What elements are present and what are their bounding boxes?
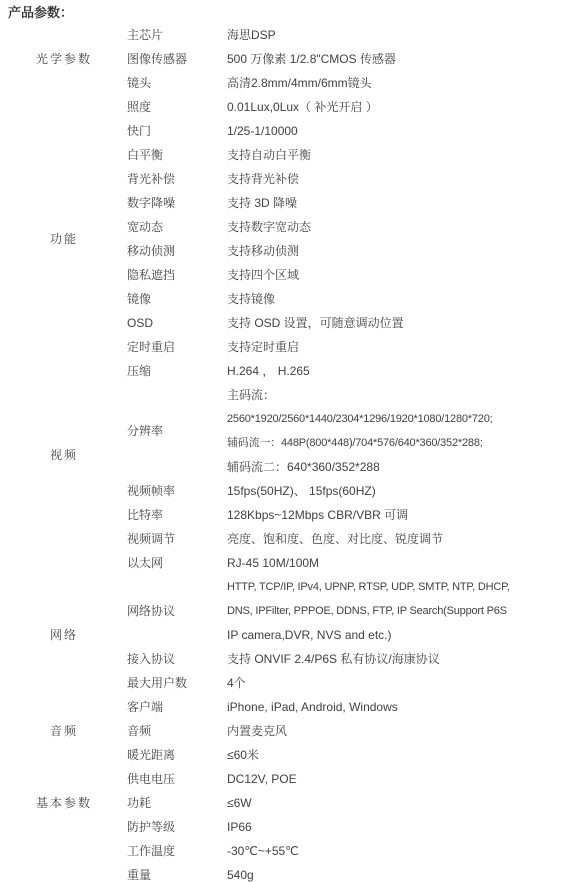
param-row: 重量540g	[0, 863, 562, 882]
value-line: 亮度、饱和度、色度、对比度、锐度调节	[227, 527, 443, 551]
param-label: 暖光距离	[127, 743, 227, 767]
param-row: 背光补偿支持背光补偿	[0, 167, 562, 191]
param-value: 支持 ONVIF 2.4/P6S 私有协议/海康协议	[227, 647, 440, 671]
param-label: 镜头	[127, 71, 227, 95]
value-line: HTTP, TCP/IP, IPv4, UPNP, RTSP, UDP, SMT…	[227, 575, 510, 599]
param-label: 镜像	[127, 287, 227, 311]
param-value: -30℃~+55℃	[227, 839, 299, 863]
param-row: 白平衡支持自动白平衡	[0, 143, 562, 167]
param-row: 比特率128Kbps~12Mbps CBR/VBR 可调	[0, 503, 562, 527]
param-label: 视频调节	[127, 527, 227, 551]
page-title: 产品参数：	[8, 1, 73, 25]
param-value: 亮度、饱和度、色度、对比度、锐度调节	[227, 527, 443, 551]
value-line: 0.01Lux,0Lux（ 补光开启 ）	[227, 95, 378, 119]
param-label: 视频帧率	[127, 479, 227, 503]
value-line: DC12V, POE	[227, 767, 297, 791]
value-line: iPhone, iPad, Android, Windows	[227, 695, 398, 719]
value-line: IP camera,DVR, NVS and etc.)	[227, 623, 510, 647]
value-line: 2560*1920/2560*1440/2304*1296/1920*1080/…	[227, 407, 492, 431]
param-label: 图像传感器	[127, 47, 227, 71]
param-row: 接入协议支持 ONVIF 2.4/P6S 私有协议/海康协议	[0, 647, 562, 671]
param-row: 压缩H.264 ， H.265	[0, 359, 562, 383]
param-row: 图像传感器500 万像素 1/2.8"CMOS 传感器	[0, 47, 562, 71]
param-value: 主码流：2560*1920/2560*1440/2304*1296/1920*1…	[227, 383, 492, 479]
param-label: 分辨率	[127, 419, 227, 443]
param-label: 重量	[127, 863, 227, 882]
param-row: 照度0.01Lux,0Lux（ 补光开启 ）	[0, 95, 562, 119]
param-label: 比特率	[127, 503, 227, 527]
param-label: 客户端	[127, 695, 227, 719]
value-line: 支持移动侦测	[227, 239, 299, 263]
value-line: 1/25-1/10000	[227, 119, 298, 143]
value-line: -30℃~+55℃	[227, 839, 299, 863]
param-row: 防护等级IP66	[0, 815, 562, 839]
param-value: ≤60米	[227, 743, 259, 767]
param-value: ≤6W	[227, 791, 252, 815]
value-line: 支持 3D 降噪	[227, 191, 297, 215]
value-line: 高清2.8mm/4mm/6mm镜头	[227, 71, 372, 95]
value-line: ≤6W	[227, 791, 252, 815]
param-label: 压缩	[127, 359, 227, 383]
value-line: 540g	[227, 863, 254, 882]
param-value: 0.01Lux,0Lux（ 补光开启 ）	[227, 95, 378, 119]
param-label: 快门	[127, 119, 227, 143]
param-value: RJ-45 10M/100M	[227, 551, 319, 575]
param-value: 支持背光补偿	[227, 167, 299, 191]
value-line: DNS, IPFilter, PPPOE, DDNS, FTP, IP Sear…	[227, 599, 510, 623]
param-value: 540g	[227, 863, 254, 882]
param-row: 工作温度-30℃~+55℃	[0, 839, 562, 863]
param-label: 最大用户数	[127, 671, 227, 695]
value-line: 支持四个区域	[227, 263, 299, 287]
param-row: 主芯片海思DSP	[0, 23, 562, 47]
param-value: 15fps(50HZ)、 15fps(60HZ)	[227, 479, 376, 503]
param-row: 数字降噪支持 3D 降噪	[0, 191, 562, 215]
param-label: 隐私遮挡	[127, 263, 227, 287]
param-row: 快门1/25-1/10000	[0, 119, 562, 143]
value-line: 支持镜像	[227, 287, 275, 311]
param-row: OSD支持 OSD 设置，可随意调动位置	[0, 311, 562, 335]
param-value: HTTP, TCP/IP, IPv4, UPNP, RTSP, UDP, SMT…	[227, 575, 510, 647]
param-row: 宽动态支持数字宽动态	[0, 215, 562, 239]
value-line: 主码流：	[227, 383, 492, 407]
value-line: 支持数字宽动态	[227, 215, 311, 239]
spec-table: 主芯片海思DSP图像传感器500 万像素 1/2.8"CMOS 传感器镜头高清2…	[0, 23, 562, 882]
param-row: 分辨率主码流：2560*1920/2560*1440/2304*1296/192…	[0, 383, 562, 479]
param-row: 视频调节亮度、饱和度、色度、对比度、锐度调节	[0, 527, 562, 551]
param-label: 音频	[127, 719, 227, 743]
param-label: 宽动态	[127, 215, 227, 239]
value-line: 辅码流一：448P(800*448)/704*576/640*360/352*2…	[227, 431, 492, 455]
value-line: 支持背光补偿	[227, 167, 299, 191]
param-row: 定时重启支持定时重启	[0, 335, 562, 359]
param-row: 暖光距离≤60米	[0, 743, 562, 767]
param-row: 客户端iPhone, iPad, Android, Windows	[0, 695, 562, 719]
param-value: 支持自动白平衡	[227, 143, 311, 167]
param-value: 高清2.8mm/4mm/6mm镜头	[227, 71, 372, 95]
param-label: 工作温度	[127, 839, 227, 863]
param-row: 功耗≤6W	[0, 791, 562, 815]
param-label: 照度	[127, 95, 227, 119]
value-line: ≤60米	[227, 743, 259, 767]
param-row: 镜像支持镜像	[0, 287, 562, 311]
param-label: 网络协议	[127, 599, 227, 623]
param-row: 网络协议HTTP, TCP/IP, IPv4, UPNP, RTSP, UDP,…	[0, 575, 562, 647]
value-line: H.264 ， H.265	[227, 359, 310, 383]
value-line: IP66	[227, 815, 252, 839]
value-line: 15fps(50HZ)、 15fps(60HZ)	[227, 479, 376, 503]
param-value: 海思DSP	[227, 23, 276, 47]
param-value: 支持移动侦测	[227, 239, 299, 263]
param-label: 防护等级	[127, 815, 227, 839]
value-line: 支持 ONVIF 2.4/P6S 私有协议/海康协议	[227, 647, 440, 671]
value-line: 内置麦克风	[227, 719, 287, 743]
param-row: 隐私遮挡支持四个区域	[0, 263, 562, 287]
value-line: 支持定时重启	[227, 335, 299, 359]
param-value: 支持四个区域	[227, 263, 299, 287]
param-value: 支持数字宽动态	[227, 215, 311, 239]
param-value: 4个	[227, 671, 246, 695]
param-row: 供电电压DC12V, POE	[0, 767, 562, 791]
param-row: 视频帧率15fps(50HZ)、 15fps(60HZ)	[0, 479, 562, 503]
param-value: 支持 3D 降噪	[227, 191, 297, 215]
param-label: 供电电压	[127, 767, 227, 791]
param-row: 音频内置麦克风	[0, 719, 562, 743]
param-row: 以太网RJ-45 10M/100M	[0, 551, 562, 575]
product-spec-page: 产品参数： 光学参数 功能 视频 网络 音频 基本参数 主芯片海思DSP图像传感…	[0, 0, 562, 882]
param-value: 支持定时重启	[227, 335, 299, 359]
param-value: 1/25-1/10000	[227, 119, 298, 143]
param-label: 接入协议	[127, 647, 227, 671]
value-line: RJ-45 10M/100M	[227, 551, 319, 575]
param-label: 背光补偿	[127, 167, 227, 191]
param-value: iPhone, iPad, Android, Windows	[227, 695, 398, 719]
param-label: OSD	[127, 311, 227, 335]
param-label: 功耗	[127, 791, 227, 815]
param-label: 移动侦测	[127, 239, 227, 263]
param-label: 白平衡	[127, 143, 227, 167]
param-value: 128Kbps~12Mbps CBR/VBR 可调	[227, 503, 408, 527]
param-value: 支持 OSD 设置，可随意调动位置	[227, 311, 404, 335]
param-value: 500 万像素 1/2.8"CMOS 传感器	[227, 47, 396, 71]
param-value: IP66	[227, 815, 252, 839]
param-row: 移动侦测支持移动侦测	[0, 239, 562, 263]
param-label: 数字降噪	[127, 191, 227, 215]
param-value: H.264 ， H.265	[227, 359, 310, 383]
param-row: 最大用户数4个	[0, 671, 562, 695]
param-value: 支持镜像	[227, 287, 275, 311]
param-row: 镜头高清2.8mm/4mm/6mm镜头	[0, 71, 562, 95]
value-line: 支持 OSD 设置，可随意调动位置	[227, 311, 404, 335]
param-value: DC12V, POE	[227, 767, 297, 791]
value-line: 辅码流二：640*360/352*288	[227, 455, 492, 479]
value-line: 4个	[227, 671, 246, 695]
value-line: 支持自动白平衡	[227, 143, 311, 167]
param-label: 定时重启	[127, 335, 227, 359]
param-label: 主芯片	[127, 23, 227, 47]
param-value: 内置麦克风	[227, 719, 287, 743]
value-line: 500 万像素 1/2.8"CMOS 传感器	[227, 47, 396, 71]
param-label: 以太网	[127, 551, 227, 575]
value-line: 128Kbps~12Mbps CBR/VBR 可调	[227, 503, 408, 527]
value-line: 海思DSP	[227, 23, 276, 47]
